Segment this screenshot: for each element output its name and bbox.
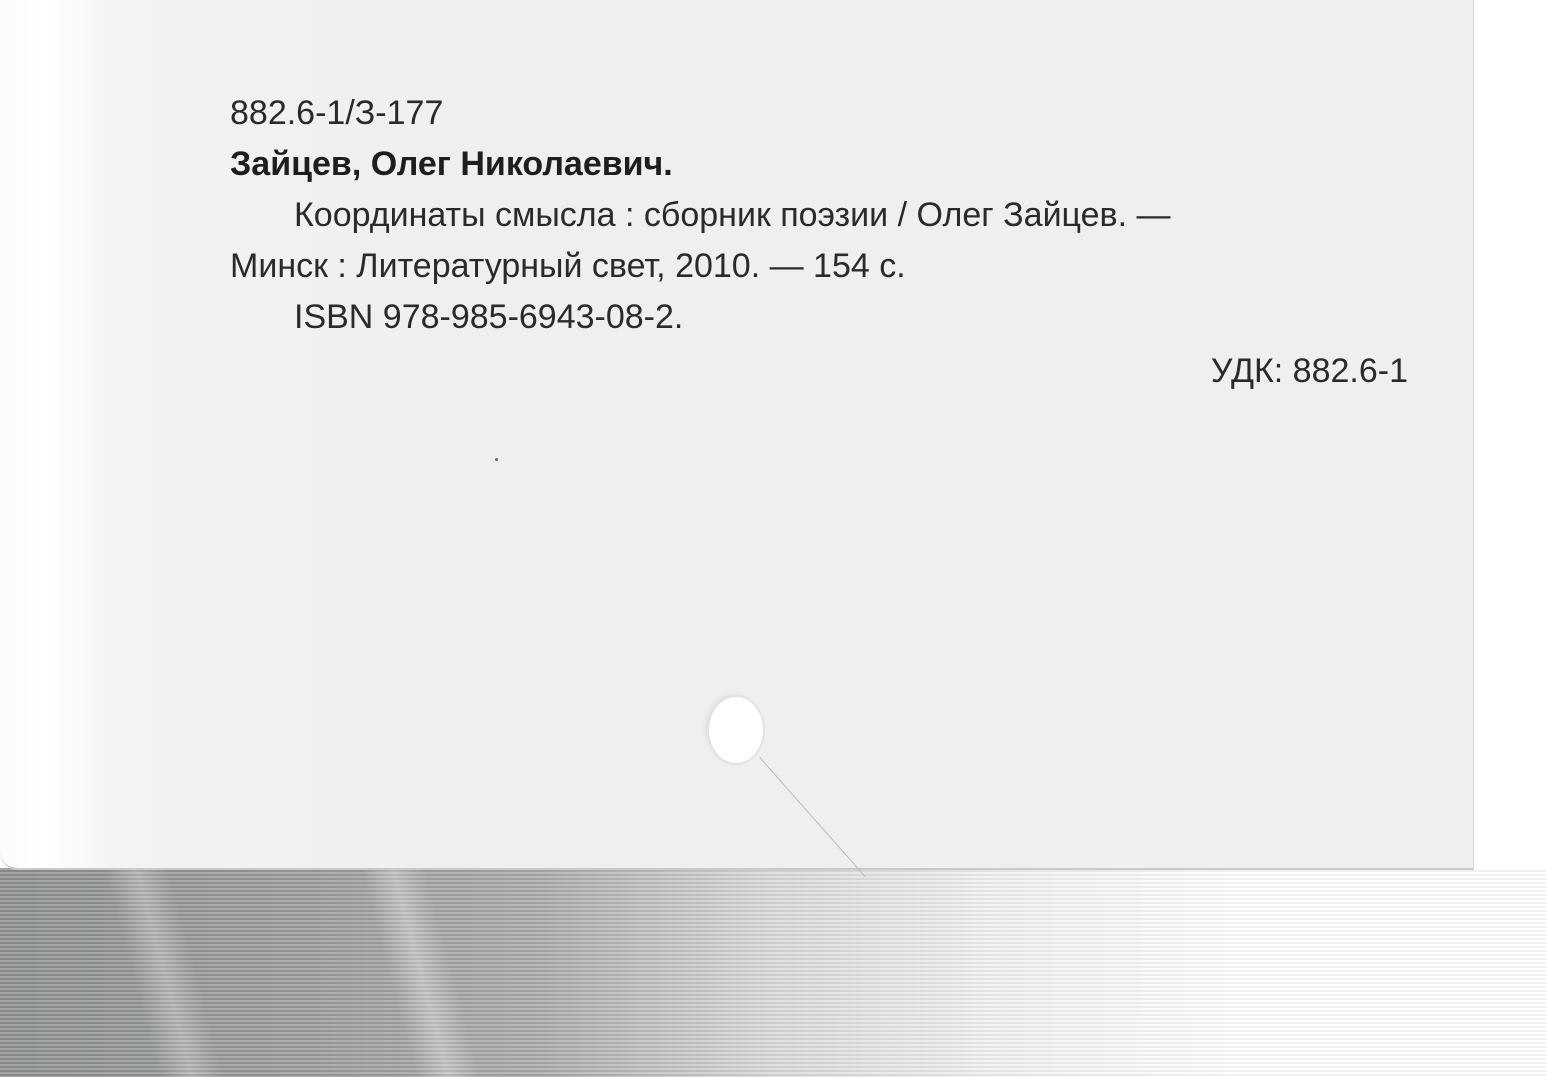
imprint-statement: Минск : Литературный свет, 2010. — 154 с…	[230, 241, 1410, 292]
udc-classification: УДК: 882.6-1	[230, 346, 1410, 397]
scanner-background	[0, 868, 1546, 1077]
call-number: 882.6-1/З-177	[230, 88, 1410, 139]
isbn: ISBN 978-985-6943-08-2.	[230, 292, 1410, 343]
tear-line	[759, 757, 866, 877]
punch-hole-icon	[709, 697, 763, 763]
title-statement: Координаты смысла : сборник поэзии / Оле…	[230, 190, 1410, 241]
catalog-card-sheet: 882.6-1/З-177 Зайцев, Олег Николаевич. К…	[0, 0, 1474, 870]
paper-speck	[495, 458, 498, 461]
scan-margin	[1474, 0, 1546, 868]
catalog-card-text: 882.6-1/З-177 Зайцев, Олег Николаевич. К…	[230, 88, 1410, 397]
author-heading: Зайцев, Олег Николаевич.	[230, 139, 1410, 190]
